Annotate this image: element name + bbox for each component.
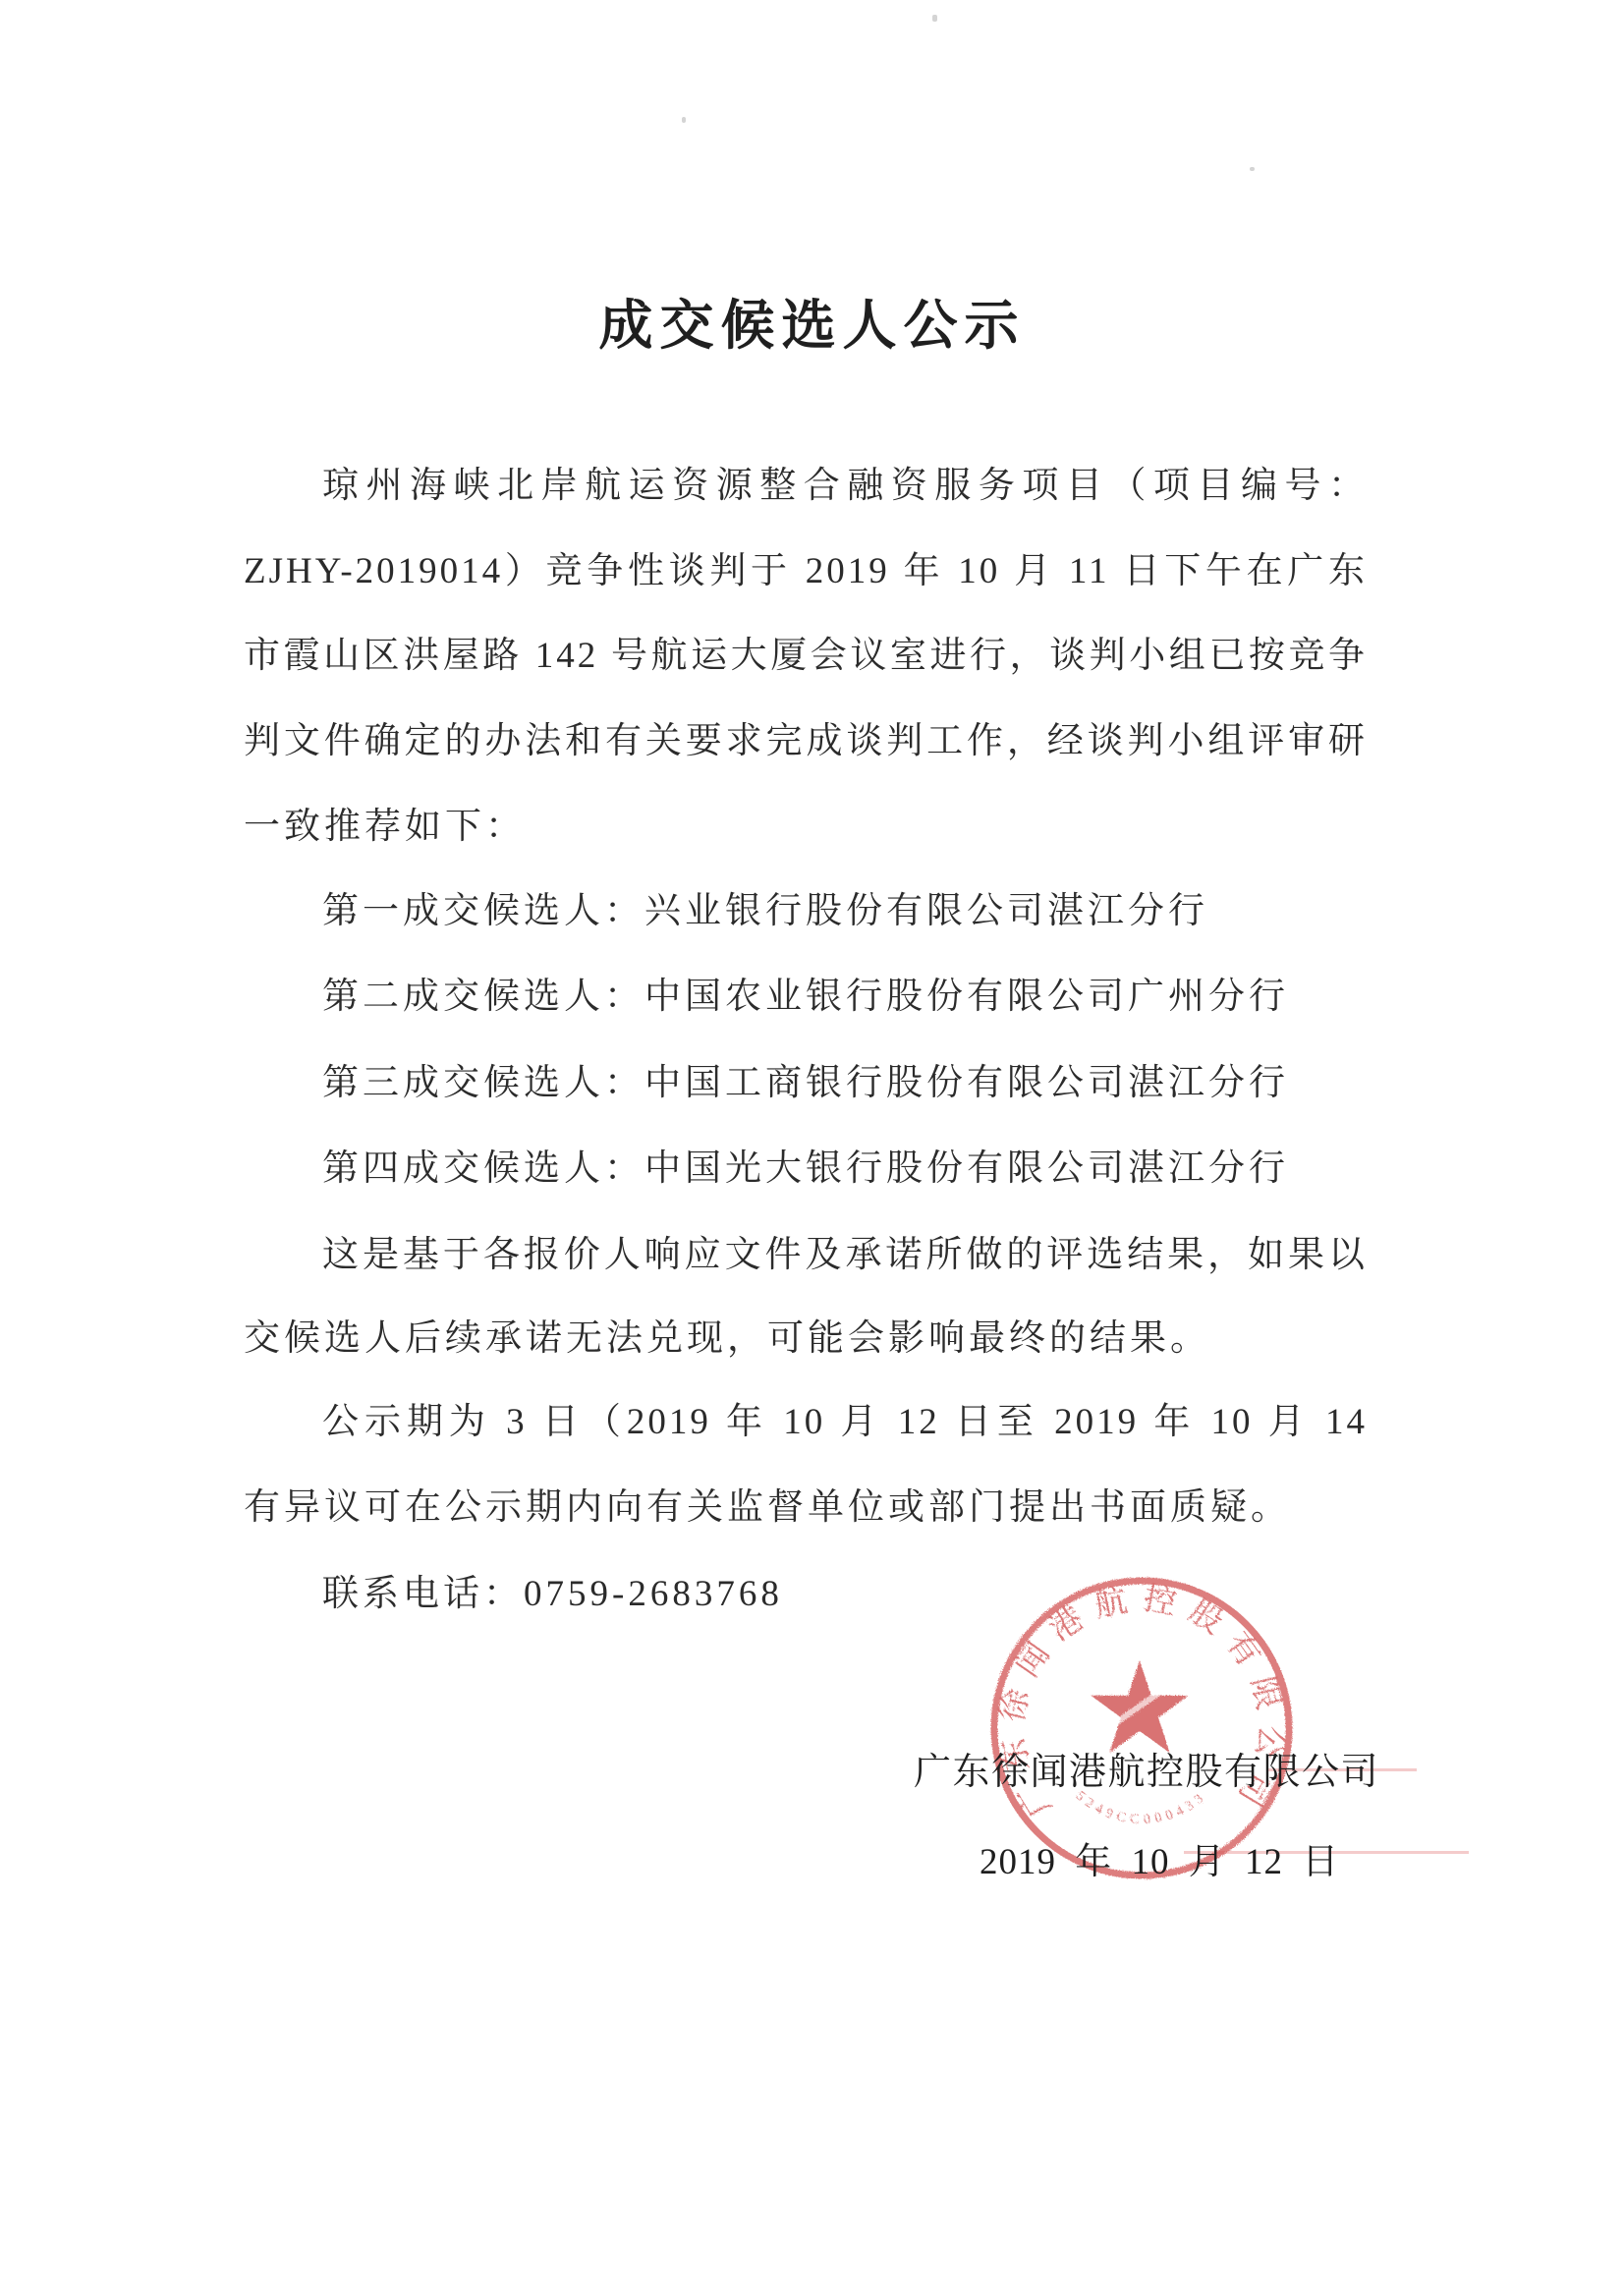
body-line: 琼州海峡北岸航运资源整合融资服务项目（项目编号： [244, 457, 1368, 516]
body-line: ZJHY-2019014）竞争性谈判于 2019 年 10 月 11 日下午在广… [244, 542, 1368, 601]
scan-speck [932, 15, 937, 22]
candidate-line-1: 第一成交候选人：兴业银行股份有限公司湛江分行 [244, 882, 1368, 941]
body-line: 有异议可在公示期内向有关监督单位或部门提出书面质疑。 [244, 1479, 1368, 1538]
candidate-line-4: 第四成交候选人：中国光大银行股份有限公司湛江分行 [244, 1140, 1368, 1199]
page-title: 成交候选人公示 [0, 282, 1624, 360]
signature-date: 2019 年 10 月 12 日 [980, 1831, 1339, 1884]
body-line: 交候选人后续承诺无法兑现，可能会影响最终的结果。 [244, 1310, 1368, 1369]
document-page: 成交候选人公示 琼州海峡北岸航运资源整合融资服务项目（项目编号： ZJHY-20… [0, 0, 1624, 2295]
scan-speck [682, 117, 686, 123]
body-line: 公示期为 3 日（2019 年 10 月 12 日至 2019 年 10 月 1… [244, 1393, 1368, 1452]
body-line: 判文件确定的办法和有关要求完成谈判工作，经谈判小组评审研究， [244, 712, 1368, 771]
body-line: 这是基于各报价人响应文件及承诺所做的评选结果，如果以上成 [244, 1226, 1368, 1285]
signature-company: 广东徐闻港航控股有限公司 [914, 1741, 1379, 1795]
candidate-line-3: 第三成交候选人：中国工商银行股份有限公司湛江分行 [244, 1054, 1368, 1113]
candidate-line-2: 第二成交候选人：中国农业银行股份有限公司广州分行 [244, 968, 1368, 1027]
body-line: 一致推荐如下： [244, 798, 1368, 857]
body-line: 市霞山区洪屋路 142 号航运大厦会议室进行，谈判小组已按竞争性谈 [244, 627, 1368, 686]
scan-speck [1250, 167, 1255, 171]
